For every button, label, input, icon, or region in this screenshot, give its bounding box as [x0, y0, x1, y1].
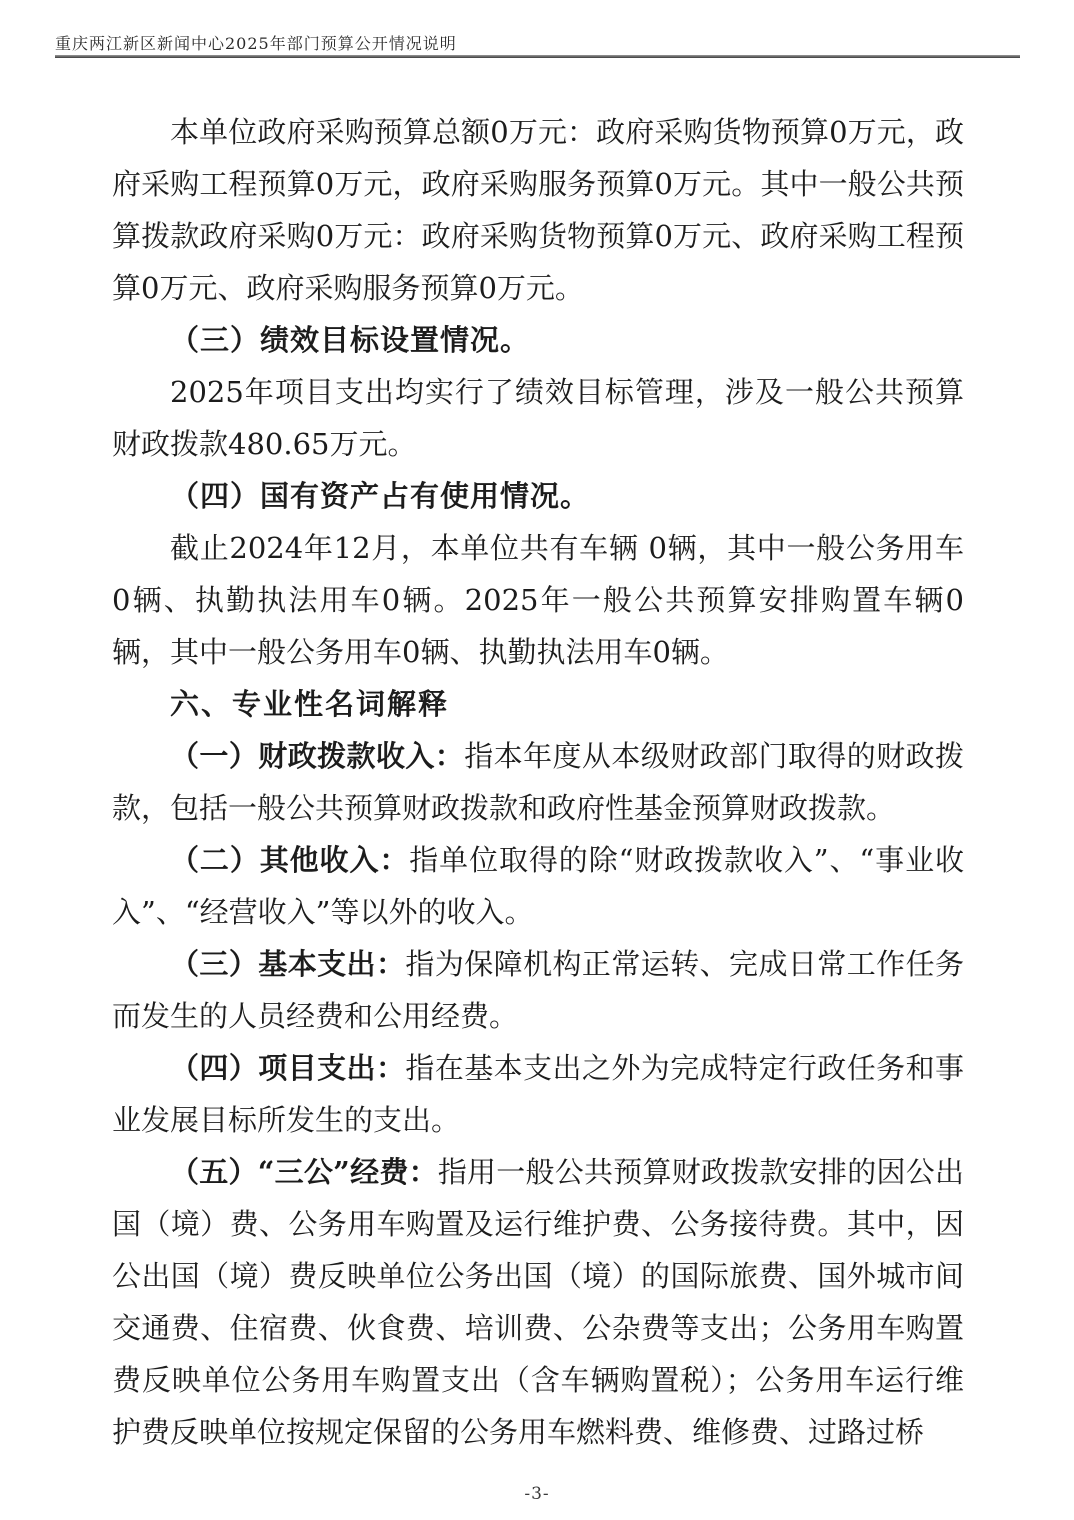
sub-heading: （四）国有资产占有使用情况。 — [112, 470, 964, 522]
paragraph: （五）“三公”经费：指用一般公共预算财政拨款安排的因公出国（境）费、公务用车购置… — [112, 1146, 964, 1458]
paragraph: 本单位政府采购预算总额0万元：政府采购货物预算0万元，政府采购工程预算0万元，政… — [112, 106, 964, 314]
document-body: 本单位政府采购预算总额0万元：政府采购货物预算0万元，政府采购工程预算0万元，政… — [112, 106, 964, 1458]
paragraph: （四）项目支出：指在基本支出之外为完成特定行政任务和事业发展目标所发生的支出。 — [112, 1042, 964, 1146]
paragraph: （三）基本支出：指为保障机构正常运转、完成日常工作任务而发生的人员经费和公用经费… — [112, 938, 964, 1042]
document-header-title: 重庆两江新区新闻中心2025年部门预算公开情况说明 — [55, 31, 1020, 54]
paragraph-lead: （三）基本支出： — [170, 947, 405, 981]
paragraph: （二）其他收入：指单位取得的除“财政拨款收入”、“事业收入”、“经营收入”等以外… — [112, 834, 964, 938]
sub-heading: （三）绩效目标设置情况。 — [112, 314, 964, 366]
header-rule — [55, 55, 1020, 58]
document-page: 重庆两江新区新闻中心2025年部门预算公开情况说明 本单位政府采购预算总额0万元… — [0, 0, 1074, 1520]
paragraph-lead: （五）“三公”经费： — [170, 1155, 438, 1189]
page-number: -3- — [0, 1484, 1074, 1504]
paragraph-lead: （一）财政拨款收入： — [170, 739, 464, 773]
paragraph: （一）财政拨款收入：指本年度从本级财政部门取得的财政拨款，包括一般公共预算财政拨… — [112, 730, 964, 834]
paragraph-lead: （四）项目支出： — [170, 1051, 405, 1085]
section-heading: 六、专业性名词解释 — [112, 678, 964, 730]
paragraph-lead: （二）其他收入： — [170, 843, 409, 877]
paragraph: 2025年项目支出均实行了绩效目标管理，涉及一般公共预算财政拨款480.65万元… — [112, 366, 964, 470]
paragraph: 截止2024年12月，本单位共有车辆 0辆，其中一般公务用车0辆、执勤执法用车0… — [112, 522, 964, 678]
